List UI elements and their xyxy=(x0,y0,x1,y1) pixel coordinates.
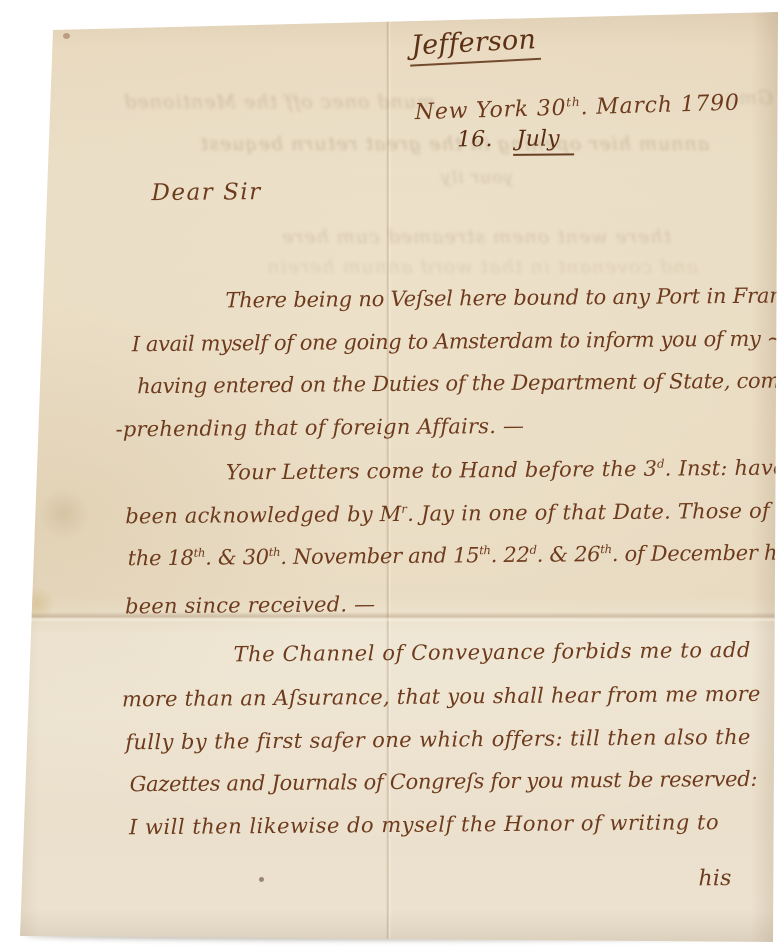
received-docket-date: 16.July xyxy=(457,126,574,152)
ordinal-superscript: th xyxy=(566,95,581,109)
body-line-4: -prehending that of foreign Affairs. — xyxy=(115,414,524,442)
body-line-9: The Channel of Conveyance forbids me to … xyxy=(233,638,751,667)
ordinal-superscript: th xyxy=(269,545,281,559)
body-line-13: I will then likewise do myself the Honor… xyxy=(129,810,719,839)
body-line-6: been acknowledged by Mr. Jay in one of t… xyxy=(125,499,770,529)
body-text: Your Letters come to Hand before the 3 xyxy=(226,457,657,485)
docket-name-jefferson: Jefferson xyxy=(408,24,541,67)
body-text: . of December have xyxy=(612,540,782,566)
body-text: . & 30 xyxy=(205,545,269,570)
salutation: Dear Sir xyxy=(151,179,261,206)
body-line-10: more than an Aſsurance, that you shall h… xyxy=(122,682,761,712)
received-day: 16. xyxy=(457,127,493,152)
catchword: his xyxy=(698,866,731,891)
body-text: . 22 xyxy=(491,543,530,567)
ordinal-superscript: d xyxy=(657,457,665,471)
body-line-8: been since received. — xyxy=(125,592,375,618)
body-text: . Jay in one of that Date. Those of xyxy=(407,499,770,526)
body-line-5: Your Letters come to Hand before the 3d.… xyxy=(226,456,782,485)
body-text: been acknowledged by M xyxy=(125,502,401,528)
body-line-2: I avail myself of one going to Amsterdam… xyxy=(132,327,782,357)
dateline: New York 30th. March 1790 xyxy=(414,91,740,126)
letter-photograph: mund onec off the Mentioned Gmc annum hi… xyxy=(0,0,782,947)
body-line-11: fully by the first safer one which offer… xyxy=(125,725,751,754)
ordinal-superscript: th xyxy=(194,546,206,560)
body-line-12: Gazettes and Journals of Congreſs for yo… xyxy=(130,767,758,796)
body-line-3: having entered on the Duties of the Depa… xyxy=(137,369,782,399)
body-line-7: the 18th. & 30th. November and 15th. 22d… xyxy=(128,540,782,570)
received-month-underlined: July xyxy=(513,126,575,156)
body-text: . & 26 xyxy=(537,542,601,567)
ordinal-superscript: th xyxy=(479,543,491,557)
dateline-text: New York 30 xyxy=(414,96,566,125)
body-line-1: There being no Veſsel here bound to any … xyxy=(225,283,782,312)
handwritten-text-layer: Jefferson New York 30th. March 1790 16.J… xyxy=(0,0,782,947)
body-text: . Inst: have xyxy=(665,456,782,481)
ordinal-superscript: th xyxy=(600,542,612,556)
letter-page: mund onec off the Mentioned Gmc annum hi… xyxy=(0,0,782,947)
body-text: the 18 xyxy=(128,546,194,571)
body-text: . November and 15 xyxy=(280,543,479,569)
dateline-text: . March 1790 xyxy=(580,91,740,121)
